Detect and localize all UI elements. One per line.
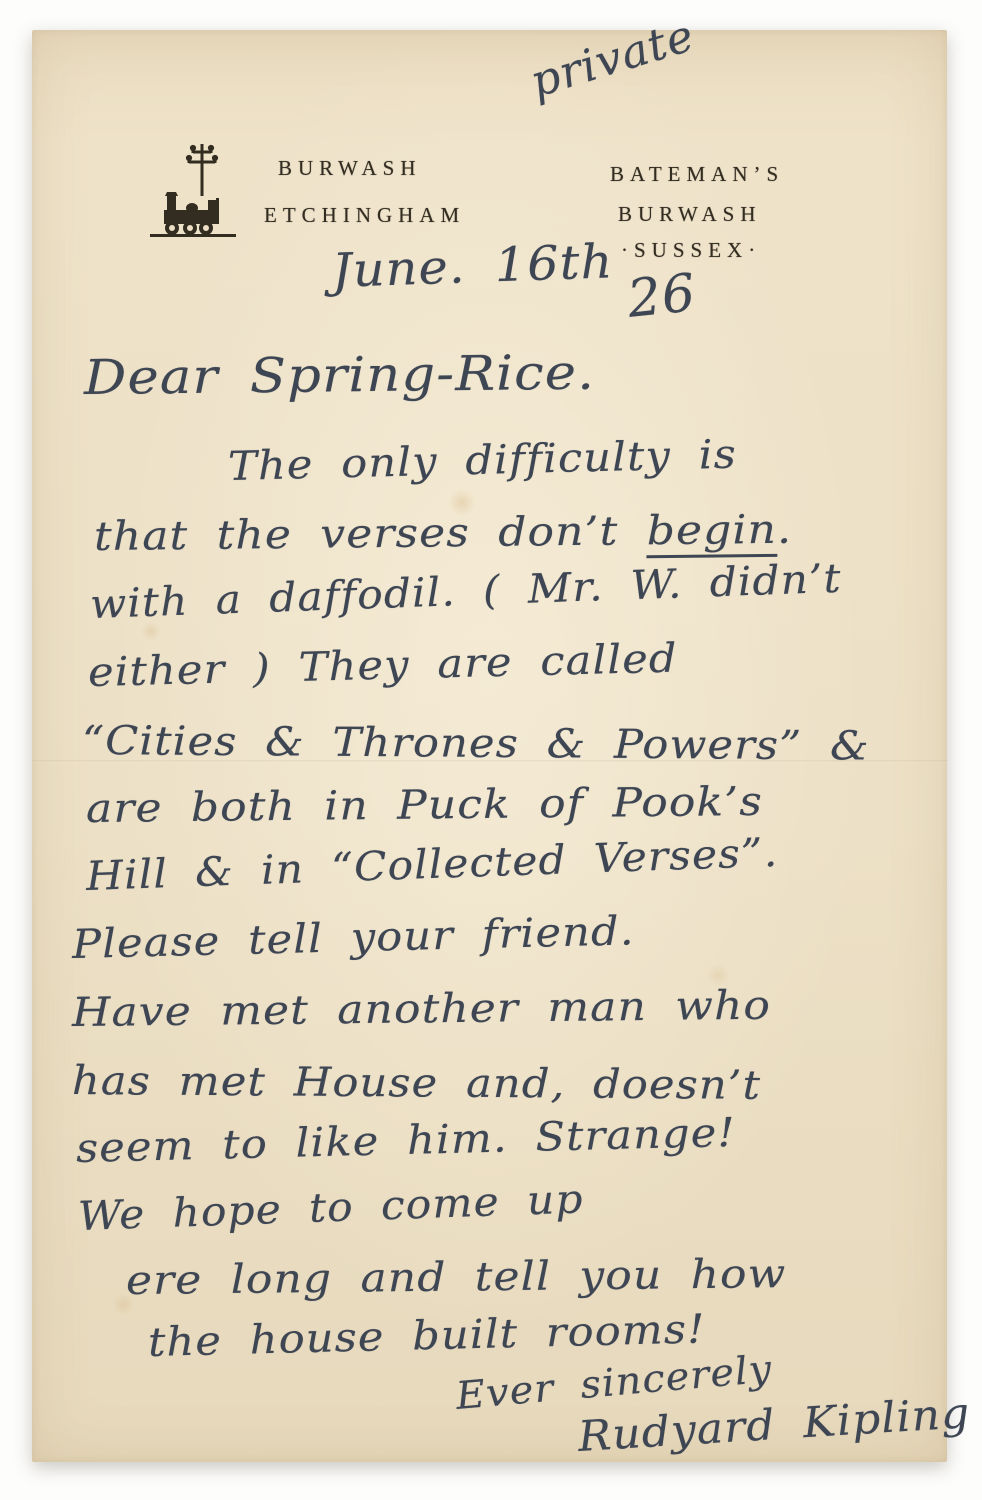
line-text: that the verses don’t [94,508,647,560]
private-annotation: private [525,10,701,108]
letter-line: seem to like him. Strange! [75,1110,736,1172]
letter-line: either ) They are called [87,636,678,696]
letterhead-address-batemans: BATEMAN’S [610,162,784,187]
underlined-word: begin [646,507,777,558]
letter-line: Please tell your friend. [71,908,635,968]
letter-line: The only difficulty is [227,432,737,490]
date-year: 26 [625,263,699,330]
salutation: Dear Spring-Rice. [84,345,596,406]
letter-line: Have met another man who [72,983,771,1036]
letterhead-station-burwash: BURWASH [278,156,422,181]
locomotive-icon [150,190,236,247]
letter-line: We hope to come up [77,1176,584,1240]
letter-line: “Cities & Thrones & Powers” & [82,718,870,769]
letterhead-station-etchingham: ETCHINGHAM [264,203,465,228]
date-month-day: June. 16th [331,234,614,299]
letter-paper: BURWASH ETCHINGHAM BATEMAN’S BURWASH ·SU… [32,30,947,1462]
letter-line: ere long and tell you how [126,1251,787,1304]
letter-line: that the verses don’t begin. [94,507,793,560]
letter-line: with a daffodil. ( Mr. W. didn’t [89,556,842,628]
letter-scan: BURWASH ETCHINGHAM BATEMAN’S BURWASH ·SU… [0,0,982,1500]
letterhead-address-burwash: BURWASH [618,202,762,227]
letter-line: are both in Puck of Pook’s [86,779,763,832]
letter-line: Hill & in “Collected Verses”. [85,830,779,900]
line-text: . [777,507,793,553]
letter-line: the house built rooms! [147,1306,706,1366]
letter-line: has met House and, doesn’t [72,1058,761,1109]
letterhead-address-sussex: ·SUSSEX· [621,238,761,263]
